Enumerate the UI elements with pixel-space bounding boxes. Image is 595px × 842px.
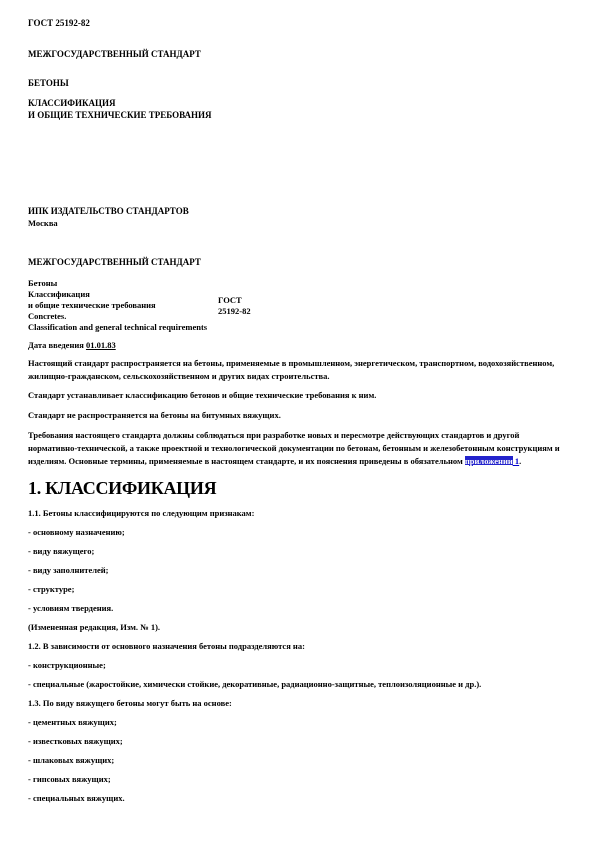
clause-1-2: 1.2. В зависимости от основного назначен… xyxy=(28,640,568,652)
header-standard-type: МЕЖГОСУДАРСТВЕННЫЙ СТАНДАРТ xyxy=(28,48,568,60)
title-en-line1: Concretes. xyxy=(28,311,218,322)
title-block-ref: ГОСТ 25192-82 xyxy=(218,278,251,333)
header-title-line1: КЛАССИФИКАЦИЯ xyxy=(28,97,568,109)
annex-1-link[interactable]: приложении 1 xyxy=(465,456,519,466)
intro-paragraph-1: Настоящий стандарт распространяется на б… xyxy=(28,357,568,383)
document-page: ГОСТ 25192-82 МЕЖГОСУДАРСТВЕННЫЙ СТАНДАР… xyxy=(0,0,595,842)
header-title-line2: И ОБЩИЕ ТЕХНИЧЕСКИЕ ТРЕБОВАНИЯ xyxy=(28,109,568,121)
effective-date-line: Дата введения 01.01.83 xyxy=(28,339,568,352)
publisher-name: ИПК ИЗДАТЕЛЬСТВО СТАНДАРТОВ xyxy=(28,205,568,217)
intro-paragraph-4: Требования настоящего стандарта должны с… xyxy=(28,429,568,468)
title-ru-line3: и общие технические требования xyxy=(28,300,218,311)
clause-1-1: 1.1. Бетоны классифицируются по следующи… xyxy=(28,507,568,519)
list-item: - шлаковых вяжущих; xyxy=(28,754,568,766)
intro-paragraph-4-period: . xyxy=(519,456,521,466)
list-item: - специальных вяжущих. xyxy=(28,792,568,804)
list-item: - известковых вяжущих; xyxy=(28,735,568,747)
effective-date-label: Дата введения xyxy=(28,340,86,350)
standard-type-heading: МЕЖГОСУДАРСТВЕННЫЙ СТАНДАРТ xyxy=(28,256,568,268)
list-item: - основному назначению; xyxy=(28,526,568,538)
title-ru-line2: Классификация xyxy=(28,289,218,300)
publisher-block: ИПК ИЗДАТЕЛЬСТВО СТАНДАРТОВ Москва xyxy=(28,205,568,229)
effective-date-value: 01.01.83 xyxy=(86,340,116,350)
title-en-line2: Classification and general technical req… xyxy=(28,322,218,333)
list-item: - конструкционные; xyxy=(28,659,568,671)
header-subject: БЕТОНЫ xyxy=(28,77,568,89)
list-item: - виду вяжущего; xyxy=(28,545,568,557)
section-1-heading: 1. КЛАССИФИКАЦИЯ xyxy=(28,478,568,498)
document-content: ГОСТ 25192-82 МЕЖГОСУДАРСТВЕННЫЙ СТАНДАР… xyxy=(0,0,595,804)
title-block: Бетоны Классификация и общие технические… xyxy=(28,278,568,333)
list-item: - гипсовых вяжущих; xyxy=(28,773,568,785)
list-item: - виду заполнителей; xyxy=(28,564,568,576)
header-title: КЛАССИФИКАЦИЯ И ОБЩИЕ ТЕХНИЧЕСКИЕ ТРЕБОВ… xyxy=(28,97,568,121)
publisher-city: Москва xyxy=(28,217,568,229)
clause-1-3: 1.3. По виду вяжущего бетоны могут быть … xyxy=(28,697,568,709)
amendment-note: (Измененная редакция, Изм. № 1). xyxy=(28,621,568,633)
list-item: - специальные (жаростойкие, химически ст… xyxy=(28,678,568,690)
title-block-names: Бетоны Классификация и общие технические… xyxy=(28,278,218,333)
intro-paragraph-2: Стандарт устанавливает классификацию бет… xyxy=(28,389,568,402)
title-ru-line1: Бетоны xyxy=(28,278,218,289)
annex-1-link-highlight[interactable]: приложении xyxy=(465,456,513,466)
doc-ref-line1: ГОСТ xyxy=(218,295,251,306)
header-doc-number: ГОСТ 25192-82 xyxy=(28,17,568,29)
intro-paragraph-3: Стандарт не распространяется на бетоны н… xyxy=(28,409,568,422)
list-item: - структуре; xyxy=(28,583,568,595)
list-item: - цементных вяжущих; xyxy=(28,716,568,728)
list-item: - условиям твердения. xyxy=(28,602,568,614)
doc-ref-line2: 25192-82 xyxy=(218,306,251,317)
